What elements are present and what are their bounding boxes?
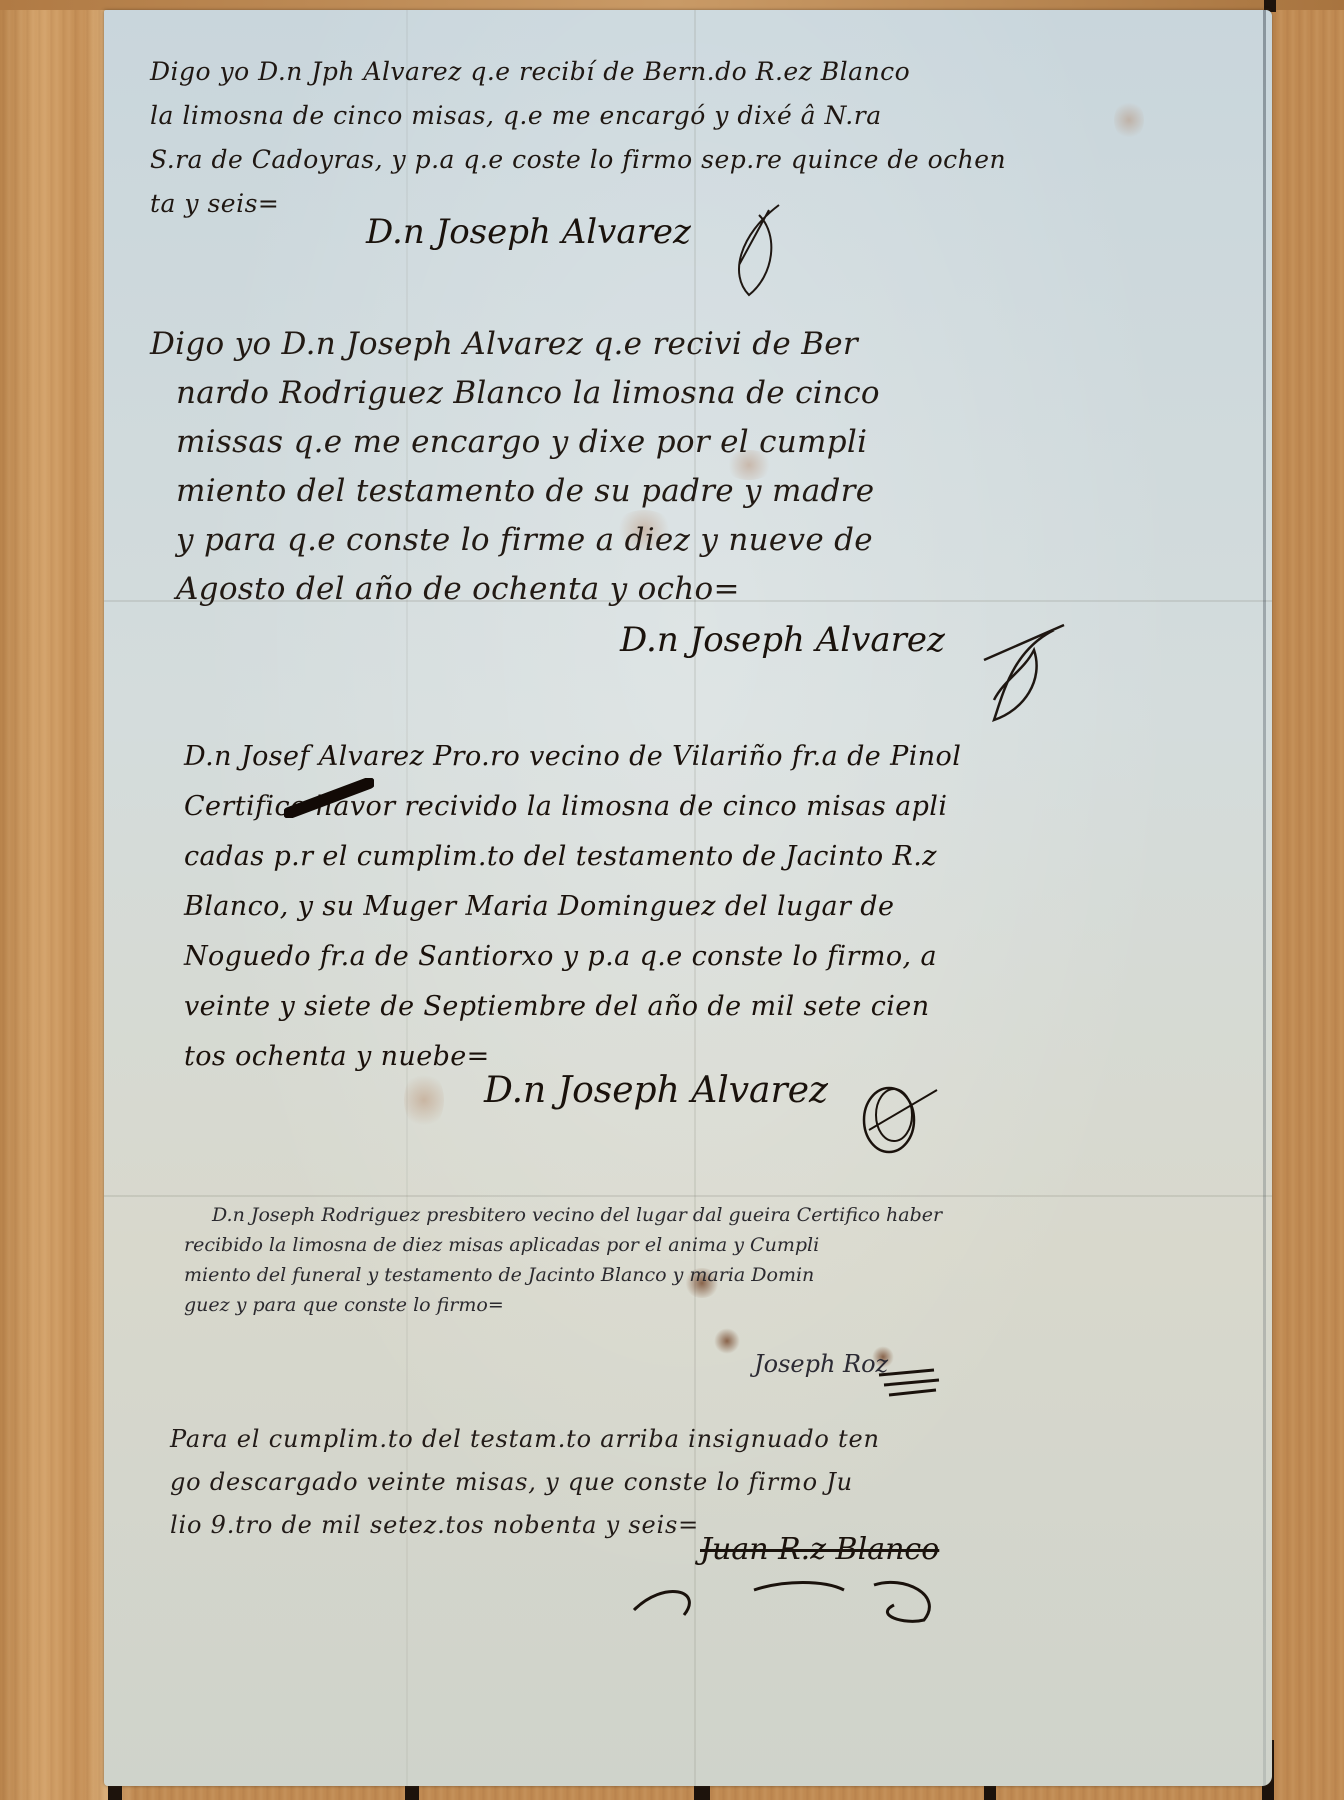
receipt-entry-1: Digo yo D.n Jph Alvarez q.e recibí de Be… xyxy=(150,50,1006,226)
entry-line: y para q.e conste lo firme a diez y nuev… xyxy=(150,516,880,565)
entry-line: veinte y siete de Septiembre del año de … xyxy=(184,982,961,1032)
receipt-entry-5: Para el cumplim.to del testam.to arriba … xyxy=(170,1418,880,1547)
entry-line: nardo Rodriguez Blanco la limosna de cin… xyxy=(150,369,880,418)
entry-line: miento del funeral y testamento de Jacin… xyxy=(184,1260,942,1290)
entry-line: Noguedo fr.a de Santiorxo y p.a q.e cons… xyxy=(184,932,961,982)
entry-line: Para el cumplim.to del testam.to arriba … xyxy=(170,1418,880,1461)
entry-line: S.ra de Cadoyras, y p.a q.e coste lo fir… xyxy=(150,138,1006,182)
rubric-flourish-icon xyxy=(849,1070,939,1160)
signature-2: D.n Joseph Alvarez xyxy=(620,620,945,660)
signature-4: Joseph Roz xyxy=(754,1350,888,1378)
signature-3: D.n Joseph Alvarez xyxy=(484,1070,828,1111)
signature-1: D.n Joseph Alvarez xyxy=(366,212,691,252)
entry-line: Blanco, y su Muger Maria Dominguez del l… xyxy=(184,882,961,932)
ink-stain xyxy=(714,1328,740,1354)
entry-line: missas q.e me encargo y dixe por el cump… xyxy=(150,418,880,467)
entry-line: D.n Joseph Rodriguez presbitero vecino d… xyxy=(184,1200,942,1230)
entry-line: cadas p.r el cumplim.to del testamento d… xyxy=(184,832,961,882)
entry-line: la limosna de cinco misas, q.e me encarg… xyxy=(150,94,1006,138)
rubric-flourish-icon xyxy=(719,195,799,305)
manuscript-page: Digo yo D.n Jph Alvarez q.e recibí de Be… xyxy=(104,10,1272,1786)
ink-blot-strike-icon xyxy=(284,778,374,818)
ink-stain xyxy=(1114,100,1144,140)
entry-line: guez y para que conste lo firmo= xyxy=(184,1290,942,1320)
entry-line: go descargado veinte misas, y que conste… xyxy=(170,1461,880,1504)
entry-line: recibido la limosna de diez misas aplica… xyxy=(184,1230,942,1260)
entry-line: Digo yo D.n Joseph Alvarez q.e recivi de… xyxy=(150,320,880,369)
wood-top-edge xyxy=(0,0,1344,10)
rubric-flourish-icon xyxy=(964,620,1074,730)
receipt-entry-4: D.n Joseph Rodriguez presbitero vecino d… xyxy=(184,1200,942,1320)
entry-line: miento del testamento de su padre y madr… xyxy=(150,467,880,516)
paper-fold xyxy=(104,1195,1272,1197)
entry-line: Digo yo D.n Jph Alvarez q.e recibí de Be… xyxy=(150,50,1006,94)
entry-line: Agosto del año de ochenta y ocho= xyxy=(150,565,880,614)
rubric-flourish-icon xyxy=(624,1570,964,1630)
entry-line: D.n Josef Alvarez Pro.ro vecino de Vilar… xyxy=(184,732,961,782)
receipt-entry-2: Digo yo D.n Joseph Alvarez q.e recivi de… xyxy=(150,320,880,614)
rubric-flourish-icon xyxy=(874,1360,944,1410)
signature-5: Juan R.z Blanco xyxy=(700,1532,939,1567)
